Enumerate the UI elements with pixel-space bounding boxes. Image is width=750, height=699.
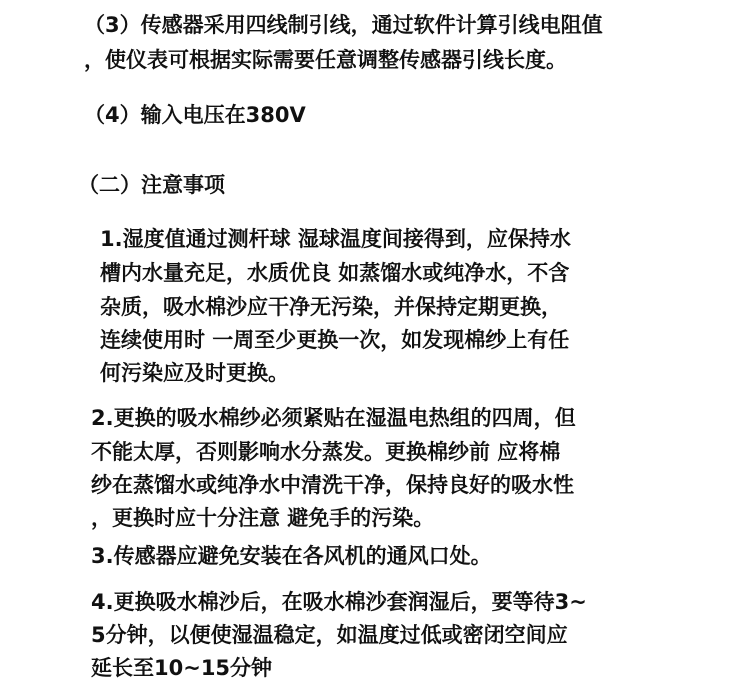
note-1-line-2: 槽内水量充足，水质优良 如蒸馏水或纯净水，不含 xyxy=(100,258,569,288)
note-2-line-4: ，更换时应十分注意 避免手的污染。 xyxy=(91,503,434,533)
note-1-line-3: 杂质，吸水棉沙应干净无污染，并保持定期更换， xyxy=(100,292,562,322)
note-2-line-3: 纱在蒸馏水或纯净水中清洗干净，保持良好的吸水性 xyxy=(91,470,574,500)
note-4-line-1: 4.更换吸水棉沙后，在吸水棉沙套润湿后，要等待3~ xyxy=(91,587,587,617)
note-1-line-4: 连续使用时 一周至少更换一次，如发现棉纱上有任 xyxy=(100,325,569,355)
note-1-line-1: 1.湿度值通过测杆球 湿球温度间接得到，应保持水 xyxy=(100,224,571,254)
note-3-line-1: 3.传感器应避免安装在各风机的通风口处。 xyxy=(91,541,492,571)
note-4-line-2: 5分钟，以便使湿温稳定，如温度过低或密闭空间应 xyxy=(91,620,568,650)
note-2-line-1: 2.更换的吸水棉纱必须紧贴在湿温电热组的四周，但 xyxy=(91,403,576,433)
item-3-line-2: ，使仪表可根据实际需要任意调整传感器引线长度。 xyxy=(84,45,567,75)
item-4-line-1: （4）输入电压在380V xyxy=(84,100,306,130)
item-3-line-1: （3）传感器采用四线制引线，通过软件计算引线电阻值 xyxy=(84,10,603,40)
note-4-line-3: 延长至10~15分钟 xyxy=(91,653,272,683)
note-2-line-2: 不能太厚，否则影响水分蒸发。更换棉纱前 应将棉 xyxy=(91,437,560,467)
note-1-line-5: 何污染应及时更换。 xyxy=(100,358,289,388)
section-heading: （二）注意事项 xyxy=(78,170,225,200)
